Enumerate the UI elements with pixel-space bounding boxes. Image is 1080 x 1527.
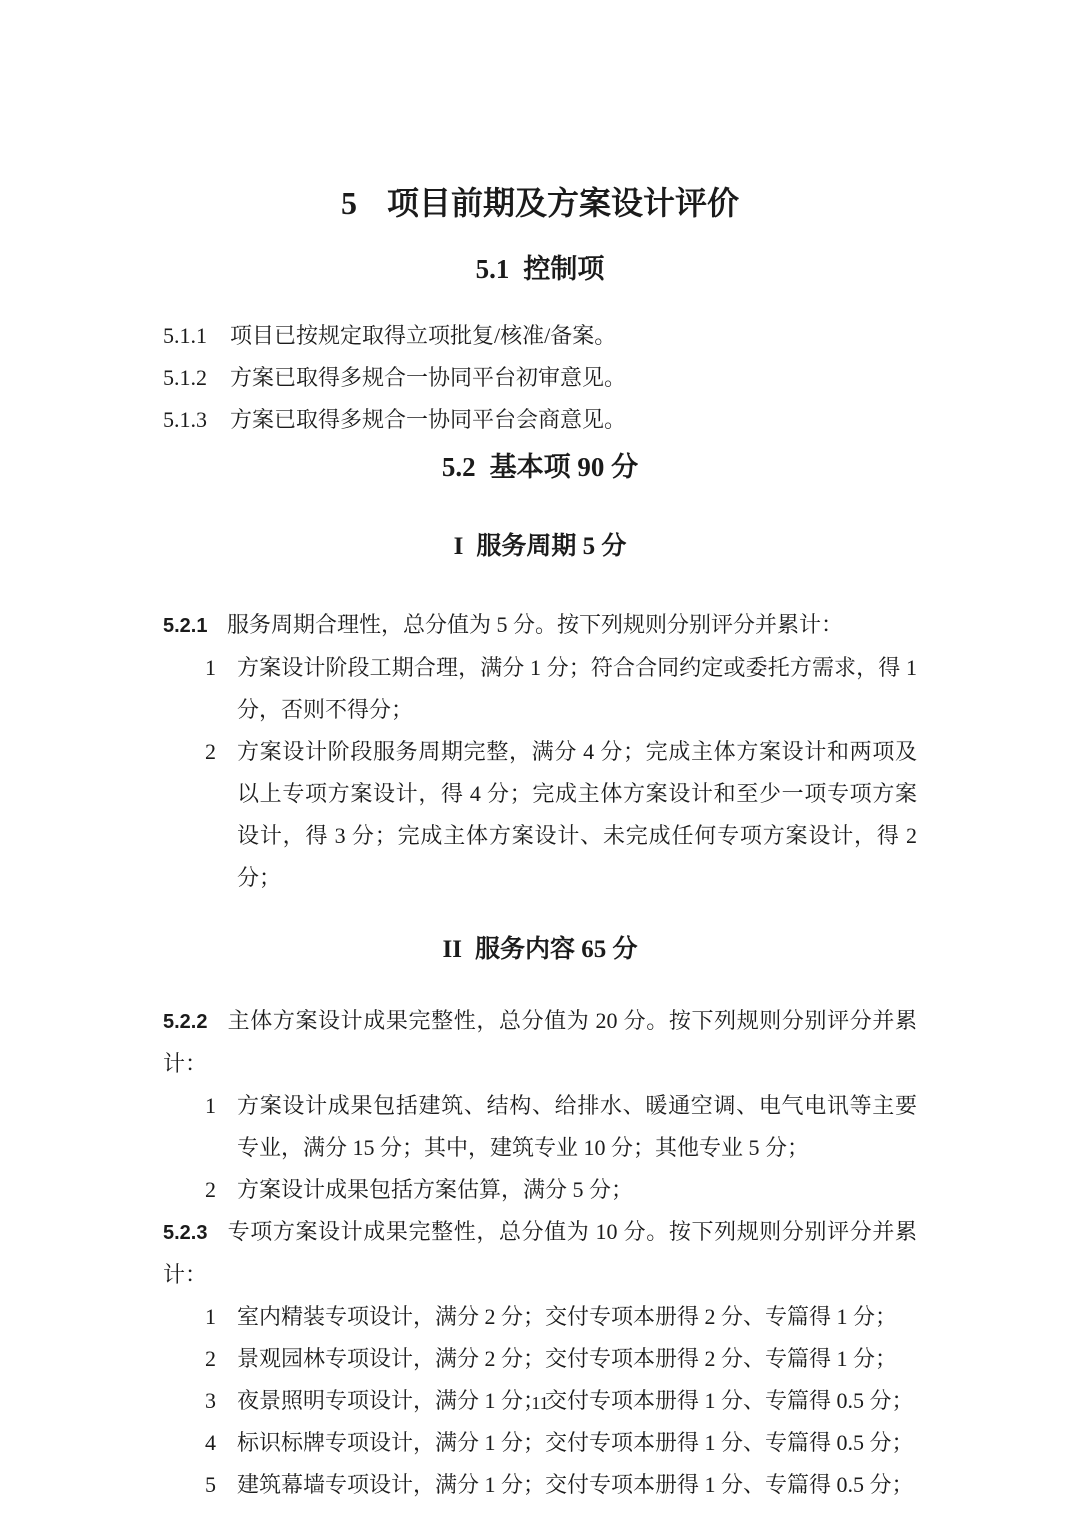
sub-item-text: 方案设计阶段服务周期完整，满分 4 分；完成主体方案设计和两项及以上专项方案设计… — [237, 739, 917, 890]
sub-item-2: 2景观园林专项设计，满分 2 分；交付专项本册得 2 分、专篇得 1 分； — [163, 1338, 917, 1380]
section-heading-5-2: 5.2基本项 90 分 — [163, 452, 917, 482]
sub-item-2: 2方案设计阶段服务周期完整，满分 4 分；完成主体方案设计和两项及以上专项方案设… — [163, 731, 917, 899]
part-heading-service-period: I服务周期 5 分 — [163, 534, 917, 560]
sub-item-text: 标识标牌专项设计，满分 1 分；交付专项本册得 1 分、专篇得 0.5 分； — [237, 1430, 914, 1455]
control-clauses: 5.1.1项目已按规定取得立项批复/核准/备案。 5.1.2方案已取得多规合一协… — [163, 315, 917, 441]
section-5-1-title: 控制项 — [523, 254, 604, 284]
clause-5-2-2: 5.2.2主体方案设计成果完整性，总分值为 20 分。按下列规则分别评分并累计： — [163, 1000, 917, 1085]
section-5-1-number: 5.1 — [476, 254, 510, 284]
part-title: 服务周期 5 分 — [476, 533, 626, 560]
clause-text: 方案已取得多规合一协同平台初审意见。 — [230, 365, 626, 390]
sub-item-text: 建筑幕墙专项设计，满分 1 分；交付专项本册得 1 分、专篇得 0.5 分； — [237, 1472, 914, 1497]
chapter-title: 5项目前期及方案设计评价 — [163, 0, 917, 220]
part-heading-service-content: II服务内容 65 分 — [163, 937, 917, 963]
clause-number: 5.2.3 — [163, 1212, 227, 1254]
clause-text: 项目已按规定取得立项批复/核准/备案。 — [230, 323, 616, 348]
sub-item-number: 2 — [205, 1338, 216, 1380]
clause-group-5-2-1: 5.2.1服务周期合理性，总分值为 5 分。按下列规则分别评分并累计： 1方案设… — [163, 604, 917, 899]
sub-item-1: 1室内精装专项设计，满分 2 分；交付专项本册得 2 分、专篇得 1 分； — [163, 1296, 917, 1338]
sub-item-number: 2 — [205, 731, 216, 773]
sub-item-text: 方案设计成果包括方案估算，满分 5 分； — [237, 1177, 633, 1202]
sub-item-number: 1 — [205, 647, 216, 689]
sub-item-number: 1 — [205, 1085, 216, 1127]
clause-5-1-3: 5.1.3方案已取得多规合一协同平台会商意见。 — [163, 399, 917, 441]
part-numeral: II — [443, 936, 462, 963]
clause-number: 5.2.1 — [163, 605, 227, 647]
document-page: { "chapter": { "number": "5", "title": "… — [0, 0, 1080, 1527]
part-numeral: I — [454, 533, 464, 560]
sub-item-1: 1方案设计成果包括建筑、结构、给排水、暖通空调、电气电讯等主要专业，满分 15 … — [163, 1085, 917, 1169]
clause-group-5-2-3: 5.2.3专项方案设计成果完整性，总分值为 10 分。按下列规则分别评分并累计：… — [163, 1211, 917, 1506]
clause-text: 专项方案设计成果完整性，总分值为 10 分。按下列规则分别评分并累计： — [163, 1219, 917, 1287]
section-5-2-title: 基本项 90 分 — [490, 452, 639, 482]
sub-item-number: 4 — [205, 1422, 216, 1464]
sub-item-text: 室内精装专项设计，满分 2 分；交付专项本册得 2 分、专篇得 1 分； — [237, 1304, 897, 1329]
sub-item-2: 2方案设计成果包括方案估算，满分 5 分； — [163, 1169, 917, 1211]
section-heading-5-1: 5.1控制项 — [163, 254, 917, 284]
clause-text: 主体方案设计成果完整性，总分值为 20 分。按下列规则分别评分并累计： — [163, 1008, 917, 1076]
sub-item-4: 4标识标牌专项设计，满分 1 分；交付专项本册得 1 分、专篇得 0.5 分； — [163, 1422, 917, 1464]
part-title: 服务内容 65 分 — [475, 936, 638, 963]
clause-number: 5.1.2 — [163, 357, 230, 399]
chapter-number: 5 — [341, 185, 357, 221]
sub-item-number: 1 — [205, 1296, 216, 1338]
section-5-2-number: 5.2 — [442, 452, 476, 482]
sub-item-5: 5建筑幕墙专项设计，满分 1 分；交付专项本册得 1 分、专篇得 0.5 分； — [163, 1464, 917, 1506]
clause-group-5-2-2: 5.2.2主体方案设计成果完整性，总分值为 20 分。按下列规则分别评分并累计：… — [163, 1000, 917, 1211]
clause-5-2-1: 5.2.1服务周期合理性，总分值为 5 分。按下列规则分别评分并累计： — [163, 604, 917, 647]
chapter-title-text: 项目前期及方案设计评价 — [387, 185, 739, 221]
page-number: 11 — [0, 1392, 1080, 1414]
sub-item-text: 方案设计阶段工期合理，满分 1 分；符合合同约定或委托方需求，得 1 分，否则不… — [237, 655, 917, 722]
clause-number: 5.1.1 — [163, 315, 230, 357]
sub-item-number: 5 — [205, 1464, 216, 1506]
clause-text: 方案已取得多规合一协同平台会商意见。 — [230, 407, 626, 432]
page-content: 5项目前期及方案设计评价 5.1控制项 5.1.1项目已按规定取得立项批复/核准… — [0, 0, 1080, 1506]
sub-item-number: 2 — [205, 1169, 216, 1211]
clause-number: 5.2.2 — [163, 1001, 227, 1043]
sub-item-text: 景观园林专项设计，满分 2 分；交付专项本册得 2 分、专篇得 1 分； — [237, 1346, 897, 1371]
sub-item-text: 方案设计成果包括建筑、结构、给排水、暖通空调、电气电讯等主要专业，满分 15 分… — [237, 1093, 917, 1160]
sub-item-1: 1方案设计阶段工期合理，满分 1 分；符合合同约定或委托方需求，得 1 分，否则… — [163, 647, 917, 731]
clause-5-1-2: 5.1.2方案已取得多规合一协同平台初审意见。 — [163, 357, 917, 399]
clause-5-2-3: 5.2.3专项方案设计成果完整性，总分值为 10 分。按下列规则分别评分并累计： — [163, 1211, 917, 1296]
clause-number: 5.1.3 — [163, 399, 230, 441]
clause-text: 服务周期合理性，总分值为 5 分。按下列规则分别评分并累计： — [227, 612, 843, 637]
clause-5-1-1: 5.1.1项目已按规定取得立项批复/核准/备案。 — [163, 315, 917, 357]
